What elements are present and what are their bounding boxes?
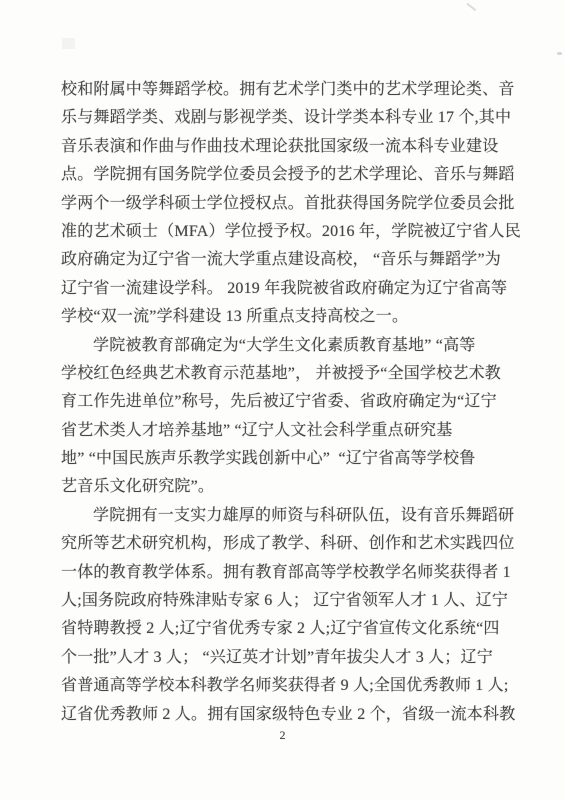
text-line: 准的艺术硕士（MFA）学位授予权。2016 年，学院被辽宁省人民 bbox=[61, 218, 513, 246]
document-page: 校和附属中等舞蹈学校。拥有艺术学门类中的艺术学理论类、音 乐与舞蹈学类、戏剧与影… bbox=[0, 0, 565, 800]
text-line: 乐与舞蹈学类、戏剧与影视学类、设计学类本科专业 17 个,其中 bbox=[61, 104, 513, 132]
text-line: 辽宁省一流建设学科。 2019 年我院被省政府确定为辽宁省高等 bbox=[61, 275, 513, 303]
text-line: 点。学院拥有国务院学位委员会授予的艺术学理论、音乐与舞蹈 bbox=[61, 161, 513, 189]
text-line: 政府确定为辽宁省一流大学重点建设高校， “音乐与舞蹈学”为 bbox=[61, 246, 513, 274]
text-line: 究所等艺术研究机构，形成了教学、科研、创作和艺术实践四位 bbox=[61, 530, 513, 558]
paragraph-3: 学院拥有一支实力雄厚的师资与科研队伍，设有音乐舞蹈研 究所等艺术研究机构，形成了… bbox=[61, 502, 513, 729]
text-line: 学两个一级学科硕士学位授权点。首批获得国务院学位委员会批 bbox=[61, 190, 513, 218]
scan-speck bbox=[557, 52, 562, 55]
text-block: 校和附属中等舞蹈学校。拥有艺术学门类中的艺术学理论类、音 乐与舞蹈学类、戏剧与影… bbox=[61, 76, 513, 729]
paragraph-2: 学院被教育部确定为“大学生文化素质教育基地” “高等 学校红色经典艺术教育示范基… bbox=[61, 332, 513, 502]
text-line: 艺音乐文化研究院”。 bbox=[61, 473, 513, 501]
scan-smudge bbox=[62, 38, 75, 49]
text-line: 音乐表演和作曲与作曲技术理论获批国家级一流本科专业建设 bbox=[61, 133, 513, 161]
scan-speck bbox=[467, 3, 477, 11]
text-line: 学院被教育部确定为“大学生文化素质教育基地” “高等 bbox=[61, 332, 513, 360]
text-line: 省艺术类人才培养基地” “辽宁人文社会科学重点研究基 bbox=[61, 417, 513, 445]
text-line: 个一批”人才 3 人； “兴辽英才计划”青年拔尖人才 3 人；辽宁 bbox=[61, 644, 513, 672]
text-line: 地” “中国民族声乐教学实践创新中心” “辽宁省高等学校鲁 bbox=[61, 445, 513, 473]
paragraph-1: 校和附属中等舞蹈学校。拥有艺术学门类中的艺术学理论类、音 乐与舞蹈学类、戏剧与影… bbox=[61, 76, 513, 332]
text-line: 学院拥有一支实力雄厚的师资与科研队伍，设有音乐舞蹈研 bbox=[61, 502, 513, 530]
text-line: 校和附属中等舞蹈学校。拥有艺术学门类中的艺术学理论类、音 bbox=[61, 76, 513, 104]
text-line: 人;国务院政府特殊津贴专家 6 人； 辽宁省领军人才 1 人、辽宁 bbox=[61, 587, 513, 615]
text-line: 学校红色经典艺术教育示范基地”， 并被授予“全国学校艺术教 bbox=[61, 360, 513, 388]
text-line: 省普通高等学校本科教学名师奖获得者 9 人;全国优秀教师 1 人; bbox=[61, 672, 513, 700]
text-line: 学校“双一流”学科建设 13 所重点支持高校之一。 bbox=[61, 303, 513, 331]
text-line: 一体的教育教学体系。拥有教育部高等学校教学名师奖获得者 1 bbox=[61, 559, 513, 587]
text-line: 辽省优秀教师 2 人。拥有国家级特色专业 2 个，省级一流本科教 bbox=[61, 701, 513, 729]
page-number: 2 bbox=[0, 726, 565, 744]
text-line: 育工作先进单位”称号，先后被辽宁省委、省政府确定为“辽宁 bbox=[61, 388, 513, 416]
text-line: 省特聘教授 2 人;辽宁省优秀专家 2 人;辽宁省宣传文化系统“四 bbox=[61, 615, 513, 643]
